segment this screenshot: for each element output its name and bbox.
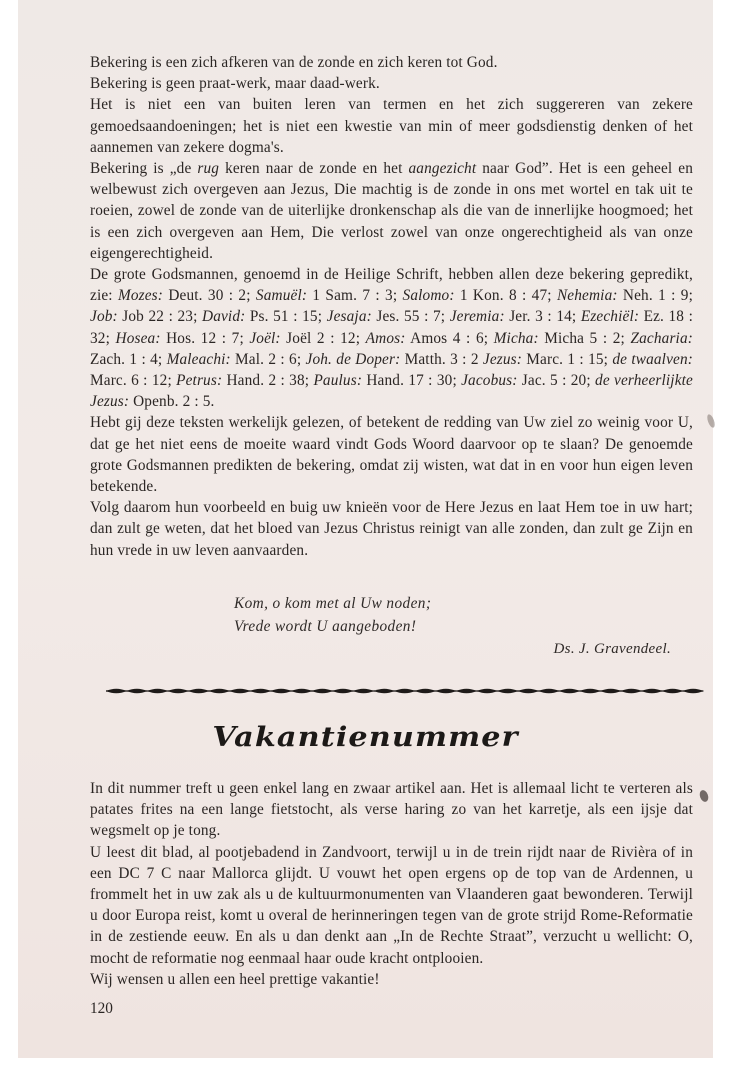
reference-citation: Hand. 2 : 38; — [222, 372, 313, 389]
reference-name: David: — [202, 308, 245, 325]
reference-citation: Jes. 55 : 7; — [372, 308, 450, 325]
reference-citation: Matth. 3 : 2 — [400, 351, 483, 368]
reference-name: Jezus: — [483, 351, 522, 368]
reference-name: Nehemia: — [557, 287, 618, 304]
reference-name: Joh. de Doper: — [306, 351, 401, 368]
emphasis: rug — [197, 160, 219, 177]
reference-name: Amos: — [366, 330, 406, 347]
reference-name: Micha: — [494, 330, 539, 347]
emphasis: aangezicht — [408, 160, 476, 177]
reference-citation: Micha 5 : 2; — [539, 330, 631, 347]
magazine-page: Bekering is een zich afkeren van de zond… — [18, 0, 713, 1058]
article-bekering: Bekering is een zich afkeren van de zond… — [90, 52, 693, 561]
reference-name: Jeremia: — [450, 308, 505, 325]
reference-citation: Job 22 : 23; — [118, 308, 202, 325]
page-number: 120 — [90, 1000, 113, 1018]
reference-name: Jacobus: — [461, 372, 517, 389]
paragraph: U leest dit blad, al pootjebadend in Zan… — [90, 842, 693, 969]
verse-line: Vrede wordt U aangeboden! — [234, 616, 416, 638]
reference-citation: Jac. 5 : 20; — [518, 372, 595, 389]
print-smudge — [706, 413, 716, 428]
paragraph: Bekering is geen praat-werk, maar daad-w… — [90, 73, 693, 94]
reference-name: Petrus: — [176, 372, 222, 389]
reference-name: Ezechiël: — [581, 308, 639, 325]
reference-citation: Amos 4 : 6; — [405, 330, 493, 347]
reference-citation: Openb. 2 : 5. — [129, 393, 214, 410]
reference-name: Hosea: — [116, 330, 161, 347]
reference-name: Paulus: — [313, 372, 362, 389]
text-run: keren naar de zonde en het — [219, 160, 408, 177]
reference-citation: Deut. 30 : 2; — [163, 287, 256, 304]
paragraph: Het is niet een van buiten leren van ter… — [90, 94, 693, 158]
reference-name: Salomo: — [403, 287, 455, 304]
reference-citation: Hos. 12 : 7; — [161, 330, 250, 347]
paragraph: Volg daarom hun voorbeeld en buig uw kni… — [90, 497, 693, 561]
text-run: Bekering is „de — [90, 160, 197, 177]
ornamental-divider — [106, 686, 704, 696]
reference-name: Mozes: — [118, 287, 163, 304]
author-signature: Ds. J. Gravendeel. — [554, 641, 671, 658]
paragraph: Wij wensen u allen een heel prettige vak… — [90, 969, 693, 990]
reference-citation: Mal. 2 : 6; — [231, 351, 306, 368]
reference-name: Jesaja: — [327, 308, 372, 325]
reference-name: Samuël: — [256, 287, 307, 304]
reference-citation: Marc. 1 : 15; — [522, 351, 612, 368]
article-vakantienummer: In dit nummer treft u geen enkel lang en… — [90, 778, 693, 990]
reference-citation: 1 Kon. 8 : 47; — [455, 287, 557, 304]
reference-citation: 1 Sam. 7 : 3; — [307, 287, 402, 304]
paragraph: In dit nummer treft u geen enkel lang en… — [90, 778, 693, 842]
reference-citation: Jer. 3 : 14; — [505, 308, 581, 325]
scripture-references-paragraph: De grote Godsmannen, genoemd in de Heili… — [90, 264, 693, 412]
reference-name: Maleachi: — [167, 351, 231, 368]
reference-citation: Hand. 17 : 30; — [362, 372, 461, 389]
reference-citation: Neh. 1 : 9; — [618, 287, 693, 304]
reference-name: Zacharia: — [630, 330, 693, 347]
reference-citation: Ps. 51 : 15; — [245, 308, 326, 325]
paragraph: Bekering is „de rug keren naar de zonde … — [90, 158, 693, 264]
article-heading: Vakantienummer — [0, 722, 738, 753]
reference-citation: Marc. 6 : 12; — [90, 372, 176, 389]
reference-name: Joël: — [249, 330, 280, 347]
reference-name: Job: — [90, 308, 118, 325]
verse-line: Kom, o kom met al Uw noden; — [234, 593, 431, 615]
paragraph: Bekering is een zich afkeren van de zond… — [90, 52, 693, 73]
reference-citation: Zach. 1 : 4; — [90, 351, 167, 368]
reference-name: de twaalven: — [612, 351, 693, 368]
paragraph: Hebt gij deze teksten werkelijk gelezen,… — [90, 412, 693, 497]
reference-citation: Joël 2 : 12; — [281, 330, 366, 347]
print-smudge — [698, 789, 710, 803]
